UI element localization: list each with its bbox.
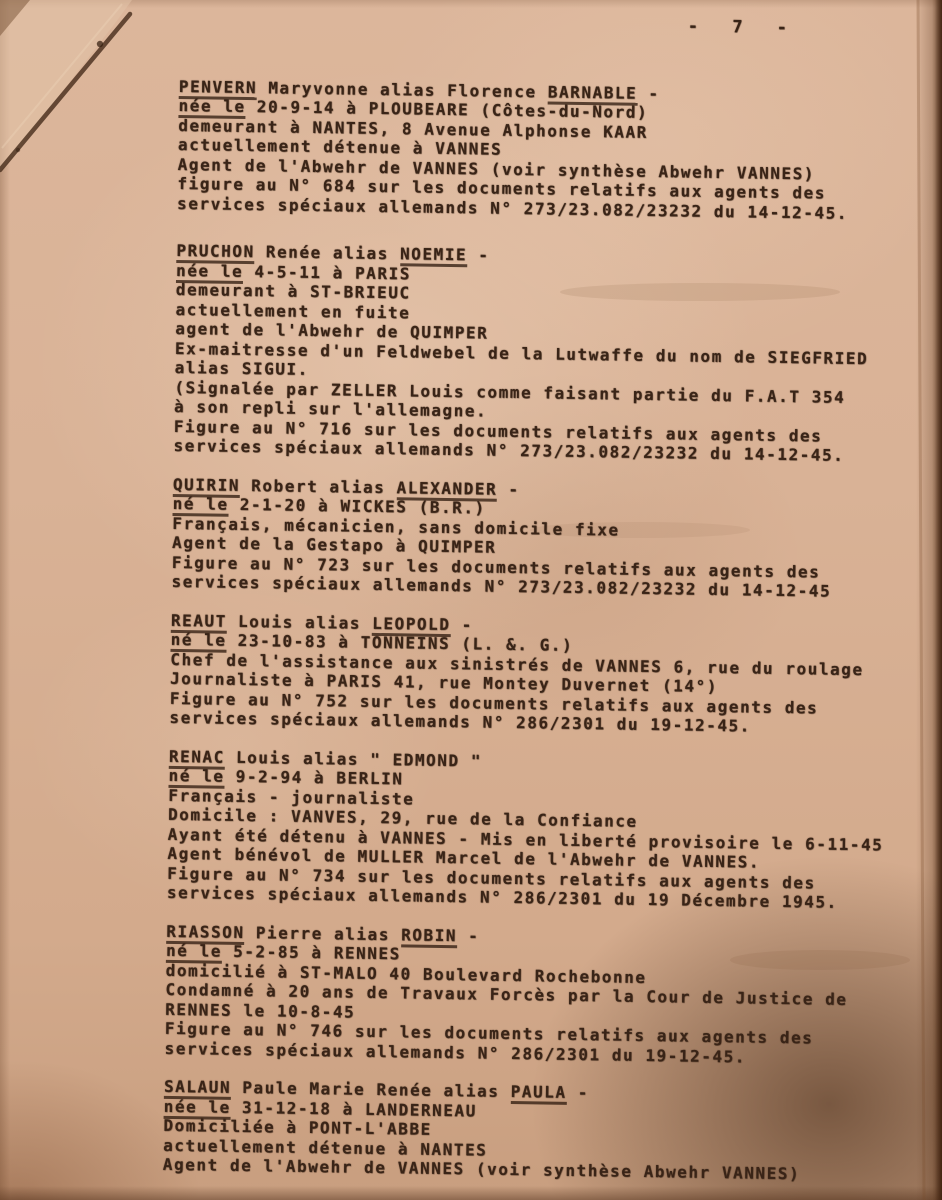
entries: PENVERN Maryvonne alias Florence BARNABL…: [163, 76, 939, 1185]
text-segment: Louis alias: [227, 611, 373, 632]
text-segment: Robert alias: [240, 475, 397, 496]
text-segment: RENNES le 10-8-45: [165, 999, 355, 1021]
agent-entry: REAUT Louis alias LEOPOLD -né le 23-10-8…: [169, 610, 931, 738]
text-segment: 5-2-85 à RENNES: [222, 942, 401, 964]
text-segment: -: [457, 926, 480, 945]
agent-entry: QUIRIN Robert alias ALEXANDER -né le 2-1…: [171, 474, 933, 602]
typewritten-content: - 7 - PENVERN Maryvonne alias Florence B…: [162, 10, 939, 1200]
text-segment: -: [467, 245, 490, 264]
agent-entry: RIASSON Pierre alias ROBIN -né le 5-2-85…: [164, 921, 926, 1069]
text-segment: 9-2-94 à BERLIN: [224, 767, 403, 789]
text-segment: 4-5-11 à PARIS: [243, 261, 411, 282]
underlined-name: PAULA: [510, 1082, 566, 1105]
text-segment: -: [637, 83, 660, 102]
page-number: - 7 -: [688, 18, 940, 41]
text-segment: Renée alias: [255, 242, 401, 263]
agent-entry: PRUCHON Renée alias NOEMIE -née le 4-5-1…: [173, 241, 936, 467]
text-segment: -: [566, 1083, 589, 1102]
agent-entry: SALAUN Paule Marie Renée alias PAULA -né…: [163, 1077, 924, 1186]
agent-entry: PENVERN Maryvonne alias Florence BARNABL…: [177, 76, 939, 224]
text-segment: alias SIGUI.: [175, 358, 309, 379]
text-segment: -: [497, 479, 520, 498]
text-segment: Pierre alias: [244, 923, 401, 944]
underlined-name: ROBIN: [401, 925, 457, 948]
text-segment: -: [450, 615, 473, 634]
agent-entry: RENAC Louis alias " EDMOND "né le 9-2-94…: [167, 746, 929, 913]
